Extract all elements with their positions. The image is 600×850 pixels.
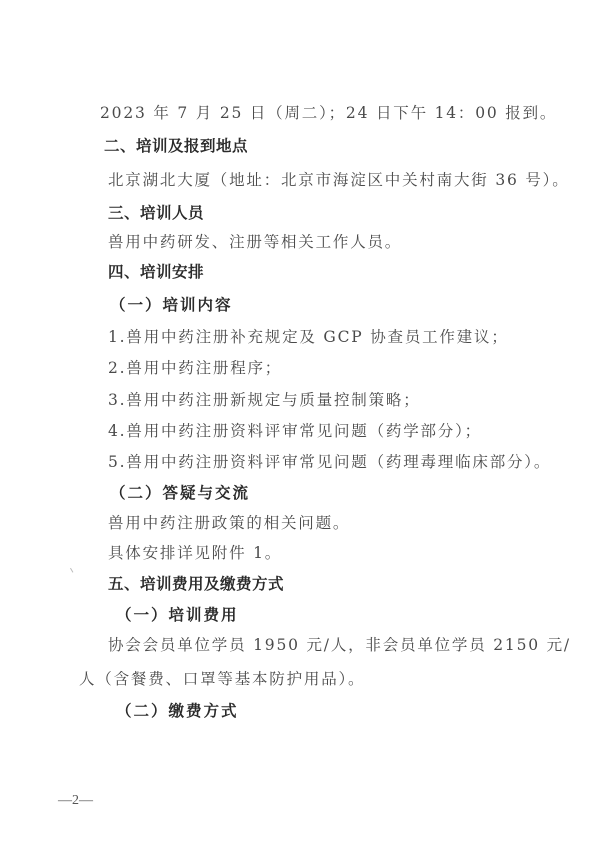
subsection-heading-fee-amount: （一）培训费用 [116,605,239,625]
section-heading-participants: 三、培训人员 [108,203,204,223]
section-heading-arrangement: 四、培训安排 [108,262,204,282]
attachment-reference-line: 具体安排详见附件 1。 [108,543,282,563]
content-item-2: 2.兽用中药注册程序； [108,358,282,378]
fee-amount-line-1: 协会会员单位学员 1950 元/人，非会员单位学员 2150 元/ [108,635,571,655]
participants-line: 兽用中药研发、注册等相关工作人员。 [108,232,402,252]
registration-date-line: 2023 年 7 月 25 日（周二）；24 日下午 14：00 报到。 [100,103,557,123]
content-item-1: 1.兽用中药注册补充规定及 GCP 协查员工作建议； [108,327,509,347]
location-address-line: 北京湖北大厦（地址：北京市海淀区中关村南大街 36 号）。 [108,170,570,190]
section-heading-fees: 五、培训费用及缴费方式 [108,574,284,594]
content-item-5: 5.兽用中药注册资料评审常见问题（药理毒理临床部分）。 [108,452,551,472]
content-item-4: 4.兽用中药注册资料评审常见问题（药学部分）； [108,421,482,441]
section-heading-location: 二、培训及报到地点 [104,136,248,156]
subsection-heading-content: （一）培训内容 [110,295,233,315]
subsection-heading-payment-method: （二）缴费方式 [116,701,239,721]
subsection-heading-qa: （二）答疑与交流 [110,483,250,503]
content-item-3: 3.兽用中药注册新规定与质量控制策略； [108,390,421,410]
fee-amount-line-2: 人（含餐费、口罩等基本防护用品）。 [79,669,365,689]
page-number: —2— [58,793,93,809]
scan-artifact-mark [70,566,76,572]
qa-description-line: 兽用中药注册政策的相关问题。 [108,513,350,533]
